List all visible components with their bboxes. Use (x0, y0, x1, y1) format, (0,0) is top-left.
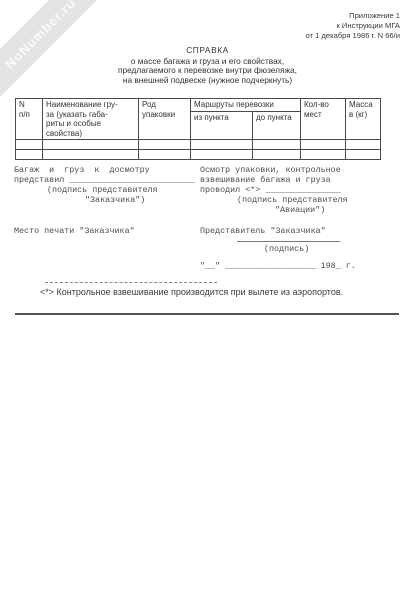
table-row (16, 140, 381, 150)
inspection-left-line3: (подпись представителя (47, 185, 158, 195)
table-cell (253, 150, 301, 160)
table-cell (253, 140, 301, 150)
appendix-line: к Инструкции МГА (305, 21, 400, 31)
inspection-right-line5: "Авиации") (275, 205, 325, 215)
title-subline: на внешней подвеске (нужное подчеркнуть) (0, 76, 415, 86)
inspection-right-line4: (подпись представителя (237, 195, 348, 205)
table-cell (346, 150, 381, 160)
signature-line (237, 241, 340, 242)
inspection-left-line1: Багаж и груз к досмотру (14, 165, 150, 175)
representative-label: Представитель "Заказчика" (200, 226, 326, 236)
document-page: NoNumber.ru Приложение 1 к Инструкции МГ… (0, 0, 420, 600)
table-cell (16, 140, 43, 150)
table-cell (191, 150, 253, 160)
inspection-right-line1: Осмотр упаковки, контрольное (200, 165, 341, 175)
signature-caption: (подпись) (264, 244, 309, 254)
table-cell (16, 150, 43, 160)
date-line: "__" __________________ 198_ г. (200, 261, 356, 271)
page-title: СПРАВКА (0, 46, 415, 56)
inspection-right-line3: проводил <*> _______________ (200, 185, 341, 195)
inspection-right-line2: взвешивание багажа и груза (200, 175, 331, 185)
table-cell (301, 150, 346, 160)
table-cell (43, 150, 139, 160)
col-header-routes-group: Маршруты перевозки (191, 99, 301, 112)
col-header-route-from: из пункта (191, 112, 253, 140)
table-row (16, 150, 381, 160)
footnote-text: <*> Контрольное взвешивание производится… (40, 287, 400, 298)
document-title-block: СПРАВКА о массе багажа и груза и его сво… (0, 46, 415, 85)
stamp-place-note: Место печати "Заказчика" (14, 226, 135, 236)
inspection-left-line4: "Заказчика") (85, 195, 145, 205)
col-header-qty: Кол-во мест (301, 99, 346, 140)
appendix-line: Приложение 1 (305, 11, 400, 21)
table-header-row: N п/п Наименование гру- за (указать габа… (16, 99, 381, 112)
table-cell (346, 140, 381, 150)
table-cell (43, 140, 139, 150)
col-header-route-to: до пункта (253, 112, 301, 140)
col-header-cargo-name: Наименование гру- за (указать габа- риты… (43, 99, 139, 140)
appendix-block: Приложение 1 к Инструкции МГА от 1 декаб… (305, 11, 400, 41)
bottom-divider (15, 313, 399, 315)
table-cell (301, 140, 346, 150)
table-cell (139, 150, 191, 160)
cargo-table: N п/п Наименование гру- за (указать габа… (15, 98, 381, 160)
col-header-num: N п/п (16, 99, 43, 140)
table-cell (139, 140, 191, 150)
appendix-line: от 1 декабря 1986 г. N 66/и (305, 31, 400, 41)
cargo-table-body (16, 140, 381, 160)
col-header-mass: Масса в (кг) (346, 99, 381, 140)
table-cell (191, 140, 253, 150)
col-header-packing: Род упаковки (139, 99, 191, 140)
inspection-left-line2: представил _________________________ (14, 175, 195, 185)
footnote-separator (45, 282, 217, 283)
